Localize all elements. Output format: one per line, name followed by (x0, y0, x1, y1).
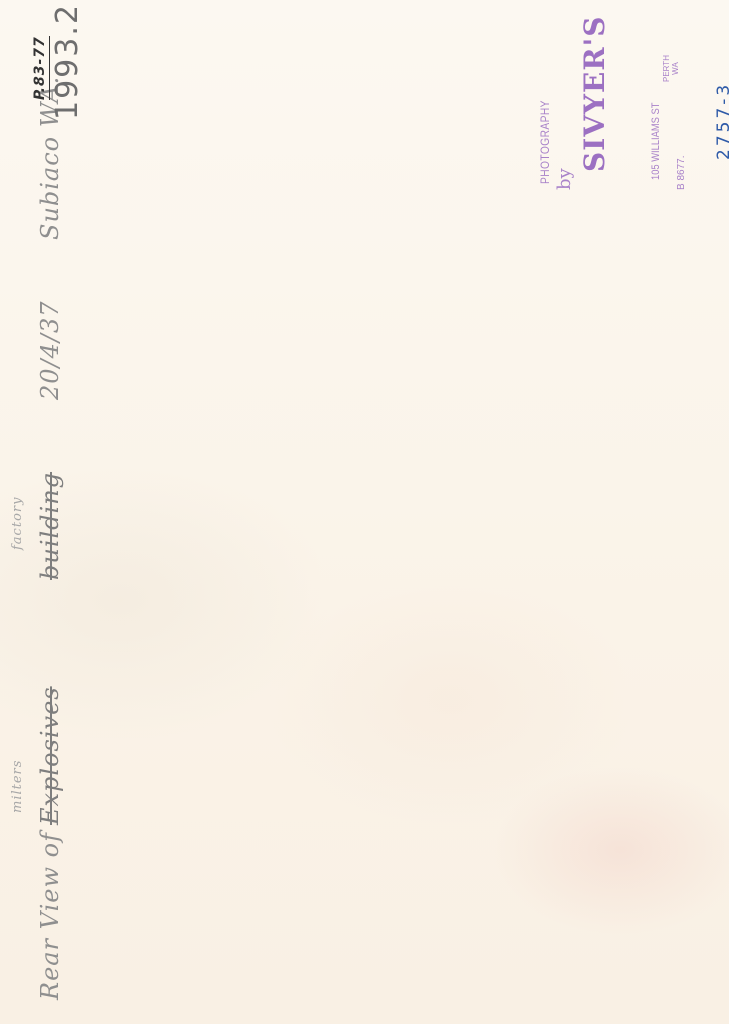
catalog-number: 2757-3 (714, 82, 729, 160)
struck-word-1: Explosives (36, 686, 64, 825)
stamp-photography: PHOTOGRAPHY (538, 100, 552, 184)
insertion-2: factory (10, 497, 25, 550)
photo-verso: Rear View of milters Explosives factory … (0, 0, 729, 1024)
insertion-1: milters (10, 760, 25, 813)
struck-word-2-group: factory building (36, 472, 64, 580)
struck-word-1-group: milters Explosives (36, 686, 64, 825)
stamp-phone: B 8677. (676, 156, 687, 190)
stamp-city: PERTH WA (662, 55, 680, 82)
caption-start: Rear View of (36, 832, 64, 1000)
stamp-studio-name: SIVYER'S (578, 16, 611, 172)
accession-new: 1993.217 (50, 0, 85, 120)
struck-word-2: building (36, 472, 64, 580)
stamp-by: by (554, 168, 575, 190)
photographer-stamp: PHOTOGRAPHY by SIVYER'S 105 WILLIAMS ST … (530, 60, 690, 190)
stamp-address: 105 WILLIAMS ST (650, 103, 662, 180)
accession-old: P.83-77 (22, 36, 50, 100)
date: 20/4/37 (36, 300, 64, 400)
